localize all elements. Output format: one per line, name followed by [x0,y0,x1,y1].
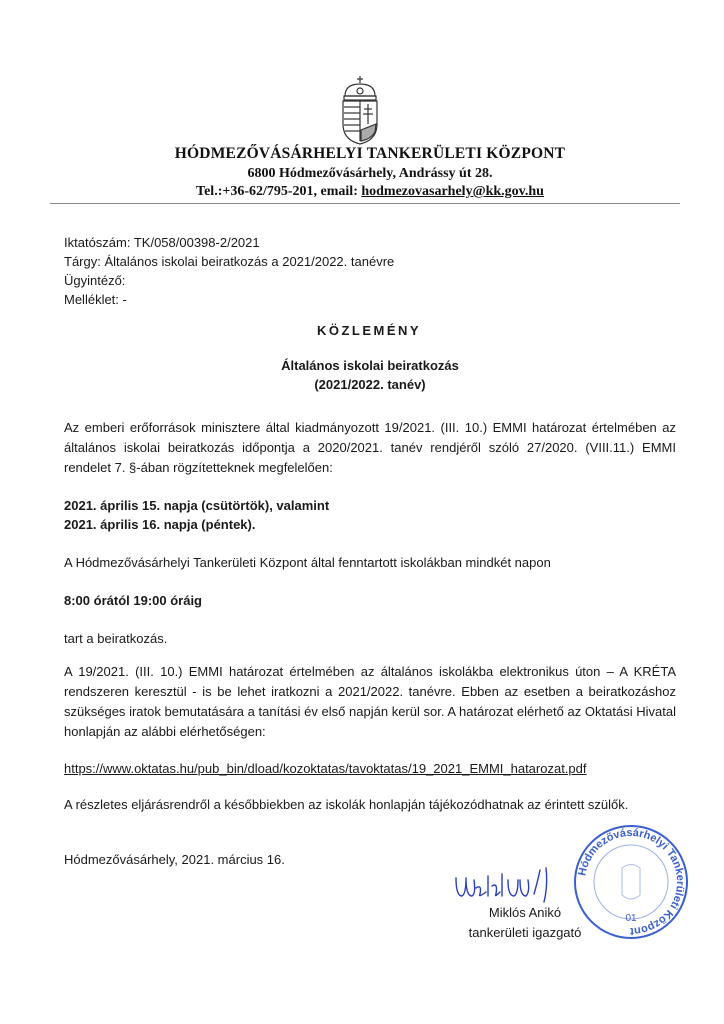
subject-line: Tárgy: Általános iskolai beiratkozás a 2… [64,252,394,271]
reference-number: Iktatószám: TK/058/00398-2/2021 [64,233,260,252]
notice-school-year: (2021/2022. tanév) [8,377,724,392]
electronic-enrollment-paragraph: A 19/2021. (III. 10.) EMMI határozat ért… [64,662,676,742]
notice-title: KÖZLEMÉNY [7,323,724,338]
signer-name: Miklós Anikó [470,905,580,920]
organization-contact: Tel.:+36-62/795-201, email: hodmezovasar… [8,184,724,200]
details-paragraph: A részletes eljárásrendről a későbbiekbe… [64,795,724,815]
letterhead-divider [50,203,680,204]
enrollment-statement: tart a beiratkozás. [64,629,676,649]
intro-paragraph: Az emberi erőforrások minisztere által k… [64,418,676,478]
enrollment-date-1: 2021. április 15. napja (csütörtök), val… [64,496,676,516]
attachment-line: Melléklet: - [64,290,127,309]
handwritten-signature [450,866,590,906]
schools-paragraph: A Hódmezővásárhelyi Tankerületi Központ … [64,553,676,573]
coat-of-arms-icon [331,74,389,146]
handler-line: Ügyintéző: [64,271,125,290]
enrollment-hours: 8:00 órától 19:00 óráig [64,591,676,611]
decree-link-row: https://www.oktatas.hu/pub_bin/dload/koz… [64,759,676,779]
signer-title: tankerületi igazgató [460,925,590,940]
svg-text:01: 01 [625,913,637,924]
email-link[interactable]: hodmezovasarhely@kk.gov.hu [361,184,544,199]
enrollment-date-2: 2021. április 16. napja (péntek). [64,515,676,535]
contact-phone: Tel.:+36-62/795-201, email: [196,184,361,199]
decree-link[interactable]: https://www.oktatas.hu/pub_bin/dload/koz… [64,761,587,776]
notice-subtitle: Általános iskolai beiratkozás [8,358,724,373]
organization-address: 6800 Hódmezővásárhely, Andrássy út 28. [8,166,724,182]
organization-name: HÓDMEZŐVÁSÁRHELYI TANKERÜLETI KÖZPONT [8,145,724,163]
official-stamp-icon: Hódmezővásárhelyi Tankerületi Központ 01 [572,823,690,941]
